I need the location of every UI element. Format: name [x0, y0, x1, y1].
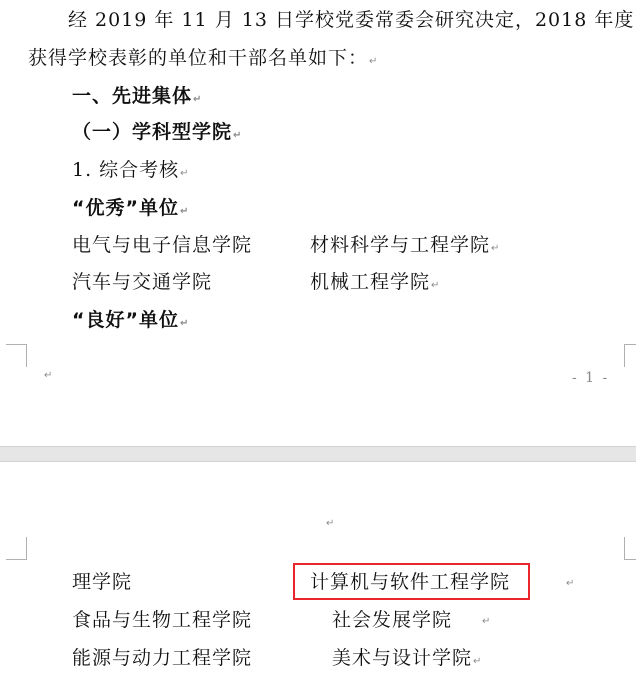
- paragraph-mark-icon: ↵: [180, 168, 188, 179]
- paragraph-mark-icon: ↵: [180, 206, 188, 217]
- unit-row: 机械工程学院↵: [310, 270, 439, 298]
- paragraph-mark-icon: ↵: [326, 518, 334, 529]
- paragraph-mark-icon: ↵: [44, 370, 52, 381]
- unit-row: 社会发展学院: [332, 608, 452, 632]
- highlighted-unit: 计算机与软件工程学院: [310, 570, 510, 594]
- heading-comprehensive-assessment: 1. 综合考核↵: [72, 158, 189, 186]
- paragraph-mark-icon: ↵: [482, 616, 490, 627]
- crop-mark-bottom-right: [624, 344, 636, 367]
- paragraph-mark-icon: ↵: [491, 243, 499, 254]
- crop-mark-top-left: [6, 537, 27, 560]
- intro-paragraph-line-2: 获得学校表彰的单位和干部名单如下：↵: [28, 46, 377, 74]
- paragraph-mark-icon: ↵: [369, 56, 377, 67]
- unit-row: 汽车与交通学院: [72, 270, 212, 294]
- document-page-2: ↵ 理学院 计算机与软件工程学院 ↵ 食品与生物工程学院 社会发展学院 ↵ 能源…: [0, 462, 636, 687]
- unit-row: 能源与动力工程学院: [72, 646, 252, 670]
- unit-row: 材料科学与工程学院↵: [310, 233, 499, 261]
- paragraph-mark-icon: ↵: [431, 280, 439, 291]
- paragraph-mark-icon: ↵: [566, 578, 574, 589]
- unit-row: 电气与电子信息学院: [72, 233, 252, 257]
- page-number: - 1 -: [572, 370, 609, 386]
- unit-row: 理学院: [72, 570, 132, 594]
- paragraph-mark-icon: ↵: [233, 130, 241, 141]
- paragraph-mark-icon: ↵: [473, 656, 481, 667]
- paragraph-mark-icon: ↵: [193, 94, 201, 105]
- heading-discipline-colleges: （一）学科型学院↵: [72, 120, 241, 148]
- excellent-units-label: “优秀”单位↵: [72, 196, 188, 224]
- intro-paragraph-line-1: 经 2019 年 11 月 13 日学校党委常委会研究决定，2018 年度: [68, 8, 634, 32]
- good-units-label: “良好”单位↵: [72, 308, 188, 336]
- paragraph-mark-icon: ↵: [180, 318, 188, 329]
- document-page-1: 经 2019 年 11 月 13 日学校党委常委会研究决定，2018 年度 获得…: [0, 0, 636, 446]
- unit-row: 食品与生物工程学院: [72, 608, 252, 632]
- unit-row: 美术与设计学院↵: [332, 646, 481, 674]
- crop-mark-top-right: [624, 537, 636, 560]
- crop-mark-bottom-left: [6, 344, 27, 367]
- heading-advanced-collectives: 一、先进集体↵: [72, 84, 201, 112]
- page-break-gap: [0, 446, 636, 462]
